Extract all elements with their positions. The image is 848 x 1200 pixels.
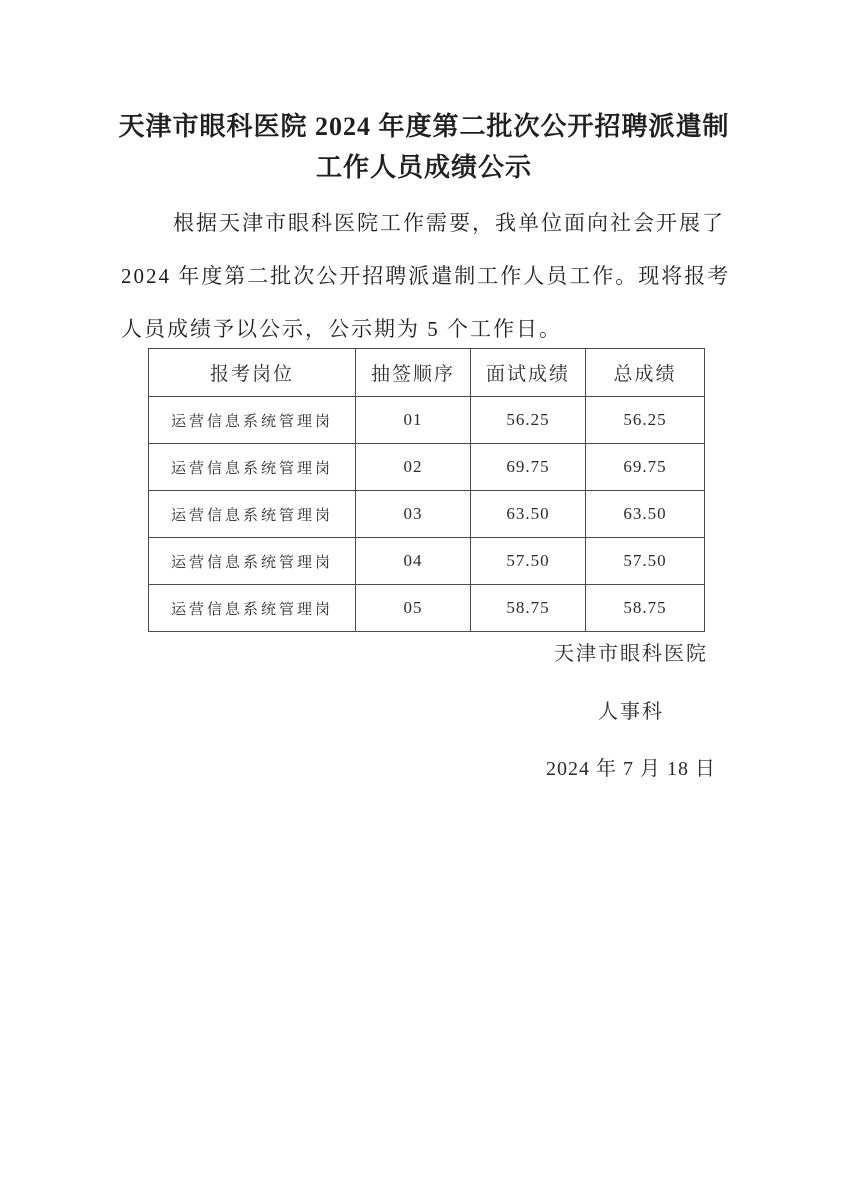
- signature-organization: 天津市眼科医院: [448, 641, 814, 667]
- draw-order-cell: 03: [356, 491, 471, 538]
- column-header-draw-order: 抽签顺序: [356, 349, 471, 397]
- interview-score-cell: 63.50: [471, 491, 586, 538]
- signature-department: 人事科: [448, 699, 814, 725]
- column-header-interview-score: 面试成绩: [471, 349, 586, 397]
- document-title-line-1: 天津市眼科医院 2024 年度第二批次公开招聘派遣制: [110, 106, 738, 147]
- column-header-position: 报考岗位: [149, 349, 356, 397]
- table-header-row: 报考岗位 抽签顺序 面试成绩 总成绩: [149, 349, 705, 397]
- column-header-total-score: 总成绩: [586, 349, 705, 397]
- paragraph-line: 根据天津市眼科医院工作需要，我单位面向社会开展了: [121, 197, 721, 250]
- table-row: 运营信息系统管理岗 03 63.50 63.50: [149, 491, 705, 538]
- signature-date: 2024 年 7 月 18 日: [448, 756, 814, 782]
- table-row: 运营信息系统管理岗 05 58.75 58.75: [149, 585, 705, 632]
- document-body: 根据天津市眼科医院工作需要，我单位面向社会开展了 2024 年度第二批次公开招聘…: [121, 197, 721, 356]
- position-cell: 运营信息系统管理岗: [149, 491, 356, 538]
- interview-score-cell: 69.75: [471, 444, 586, 491]
- table-row: 运营信息系统管理岗 02 69.75 69.75: [149, 444, 705, 491]
- draw-order-cell: 01: [356, 397, 471, 444]
- draw-order-cell: 05: [356, 585, 471, 632]
- total-score-cell: 56.25: [586, 397, 705, 444]
- position-cell: 运营信息系统管理岗: [149, 585, 356, 632]
- position-cell: 运营信息系统管理岗: [149, 538, 356, 585]
- total-score-cell: 58.75: [586, 585, 705, 632]
- draw-order-cell: 02: [356, 444, 471, 491]
- paragraph-line: 2024 年度第二批次公开招聘派遣制工作人员工作。现将报考: [121, 250, 721, 303]
- score-table: 报考岗位 抽签顺序 面试成绩 总成绩 运营信息系统管理岗 01 56.25 56…: [148, 348, 705, 632]
- position-cell: 运营信息系统管理岗: [149, 397, 356, 444]
- total-score-cell: 63.50: [586, 491, 705, 538]
- table-row: 运营信息系统管理岗 01 56.25 56.25: [149, 397, 705, 444]
- total-score-cell: 69.75: [586, 444, 705, 491]
- table-row: 运营信息系统管理岗 04 57.50 57.50: [149, 538, 705, 585]
- interview-score-cell: 56.25: [471, 397, 586, 444]
- draw-order-cell: 04: [356, 538, 471, 585]
- position-cell: 运营信息系统管理岗: [149, 444, 356, 491]
- interview-score-cell: 57.50: [471, 538, 586, 585]
- interview-score-cell: 58.75: [471, 585, 586, 632]
- document-page: 天津市眼科医院 2024 年度第二批次公开招聘派遣制 工作人员成绩公示 根据天津…: [0, 0, 848, 1200]
- document-title: 天津市眼科医院 2024 年度第二批次公开招聘派遣制 工作人员成绩公示: [110, 106, 738, 188]
- document-title-line-2: 工作人员成绩公示: [110, 147, 738, 188]
- total-score-cell: 57.50: [586, 538, 705, 585]
